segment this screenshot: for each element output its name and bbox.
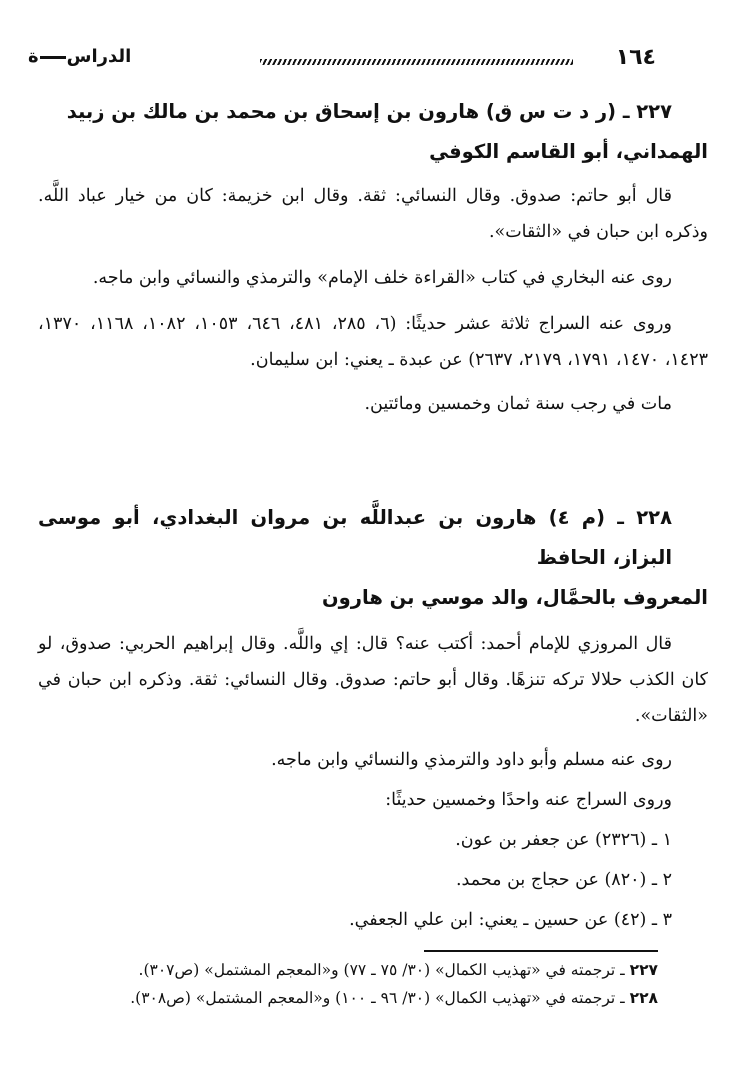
entry-heading-line-2: المعروف بالحمَّال، والد موسي بن هارون [322, 586, 708, 609]
entry-heading: ٢٢٧ ـ (ر د ت س ق) هارون بن إسحاق بن محمد… [38, 92, 708, 172]
header-hatched-rule [260, 59, 573, 65]
book-page: ١٦٤ الدراسة ٢٢٧ ـ (ر د ت س ق) هارون بن إ… [0, 0, 748, 1073]
footnote-number: ٢٢٧ [630, 961, 658, 979]
narrator-grading-paragraph: قال أبو حاتم: صدوق. وقال النسائي: ثقة. و… [38, 178, 708, 250]
entry-heading: ٢٢٨ ـ (م ٤) هارون بن عبداللَّه بن مروان … [38, 498, 708, 618]
entry-227: ٢٢٧ ـ (ر د ت س ق) هارون بن إسحاق بن محمد… [38, 92, 708, 422]
running-header: ١٦٤ الدراسة [28, 44, 688, 74]
hadith-list-item: ١ ـ (٢٣٢٦) عن جعفر بن عون. [38, 822, 708, 858]
siraj-count-paragraph: وروى السراج عنه واحدًا وخمسين حديثًا: [38, 782, 708, 818]
footnote-228: ٢٢٨ ـ ترجمته في «تهذيب الكمال» (٣٠/ ٩٦ ـ… [58, 984, 658, 1012]
kashida-stroke [40, 56, 66, 59]
entry-heading-line-1: ٢٢٧ ـ (ر د ت س ق) هارون بن إسحاق بن محمد… [38, 92, 708, 132]
footnote-separator [424, 950, 658, 952]
death-date-paragraph: مات في رجب سنة ثمان وخمسين ومائتين. [38, 386, 708, 422]
siraj-hadith-numbers-paragraph: وروى عنه السراج ثلاثة عشر حديثًا: (٦، ٢٨… [38, 306, 708, 378]
transmitters-paragraph: روى عنه مسلم وأبو داود والترمذي والنسائي… [38, 742, 708, 778]
footnote-text: ـ ترجمته في «تهذيب الكمال» (٣٠/ ٩٦ ـ ١٠٠… [130, 989, 624, 1007]
hadith-list-item: ٢ ـ (٨٢٠) عن حجاج بن محمد. [38, 862, 708, 898]
entry-heading-line-1: ٢٢٨ ـ (م ٤) هارون بن عبداللَّه بن مروان … [38, 498, 708, 578]
footnote-number: ٢٢٨ [630, 989, 658, 1007]
entry-heading-line-2: الهمداني، أبو القاسم الكوفي [429, 140, 708, 163]
narrator-grading-paragraph: قال المروزي للإمام أحمد: أكتب عنه؟ قال: … [38, 626, 708, 734]
entry-228: ٢٢٨ ـ (م ٤) هارون بن عبداللَّه بن مروان … [38, 498, 708, 938]
footnote-227: ٢٢٧ ـ ترجمته في «تهذيب الكمال» (٣٠/ ٧٥ ـ… [58, 956, 658, 984]
transmitters-paragraph: روى عنه البخاري في كتاب «القراءة خلف الإ… [38, 260, 708, 296]
page-number: ١٦٤ [616, 44, 656, 72]
footnotes: ٢٢٧ ـ ترجمته في «تهذيب الكمال» (٣٠/ ٧٥ ـ… [58, 956, 658, 1012]
section-title: الدراسة [28, 44, 131, 70]
footnote-text: ـ ترجمته في «تهذيب الكمال» (٣٠/ ٧٥ ـ ٧٧)… [139, 961, 625, 979]
hadith-list-item: ٣ ـ (٤٢) عن حسين ـ يعني: ابن علي الجعفي. [38, 902, 708, 938]
section-title-end: ة [28, 46, 39, 67]
section-title-start: الدراس [67, 46, 132, 67]
